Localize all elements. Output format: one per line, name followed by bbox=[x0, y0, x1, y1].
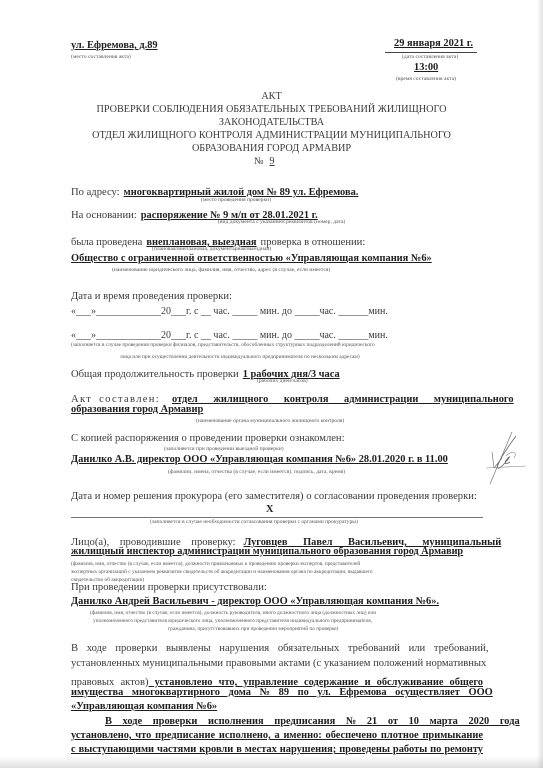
document-page: ул. Ефремова, д.89 (место составления ак… bbox=[0, 0, 543, 768]
findings-line-7: установлено, что предписание исполнено, … bbox=[71, 730, 483, 741]
doc-title-line3: ЗАКОНОДАТЕЛЬСТВА bbox=[0, 117, 543, 128]
doc-title-line4: ОТДЕЛ ЖИЛИЩНОГО КОНТРОЛЯ АДМИНИСТРАЦИИ М… bbox=[0, 130, 543, 141]
duration-caption: (рабочих дней/часов) bbox=[257, 378, 308, 384]
findings-line-5: «Управляющая компания №6» bbox=[71, 701, 217, 712]
compiled-by-value-2: образования город Армавир bbox=[71, 404, 203, 415]
present-caption-3: гражданина, присутствовавших при проведе… bbox=[168, 626, 338, 632]
subject-value: Общество с ограниченной ответственностью… bbox=[71, 253, 432, 264]
present-caption-2: уполномоченного представителя юридическо… bbox=[93, 618, 372, 624]
compiled-by-caption: (наименование органа муниципального жили… bbox=[196, 418, 344, 424]
findings-line-1: В ходе проверки выявлены нарушения обяза… bbox=[71, 643, 483, 654]
acquainted-caption: (заполняется при проведении выездной про… bbox=[164, 446, 284, 452]
act-time-caption: (время составления акта) bbox=[396, 76, 456, 82]
act-date: 29 января 2021 г. bbox=[394, 38, 473, 49]
signature-icon bbox=[482, 428, 532, 488]
datetime-row-1: «___»_____________20___г. с __ час. ____… bbox=[71, 306, 388, 317]
findings-line-8: с выступающими частями кровли в местах н… bbox=[71, 744, 483, 755]
present-caption-1: (фамилия, имя, отчество (в случае, если … bbox=[90, 610, 376, 616]
acquainted-value-caption: (фамилии, имена, отчества (в случае, есл… bbox=[168, 469, 345, 475]
inspectors-caption-1: (фамилия, имя, отчество (в случае, если … bbox=[71, 561, 360, 567]
compiled-by-value: отдел жилищного контроля администрации м… bbox=[172, 394, 514, 405]
address-caption: (место проведения проверки) bbox=[201, 197, 271, 203]
act-time: 13:00 bbox=[414, 62, 438, 73]
present-label: При проведении проверки присутствовали: bbox=[71, 582, 267, 593]
acquainted-value: Данилко А.В. директор ООО «Управляющая к… bbox=[71, 454, 448, 465]
findings-line-6: В ходе проверки исполнения предписания №… bbox=[105, 716, 483, 727]
datetime-caption-1: (заполняется в случае проведения проверк… bbox=[71, 342, 375, 348]
inspectors-caption-2: экспертных организаций с указанием рекви… bbox=[71, 569, 373, 575]
findings-line-4: имущества многоквартирного дома № 89 по … bbox=[71, 687, 483, 698]
subject-caption: (наименование юридического лица, фамилия… bbox=[112, 267, 330, 273]
findings-line-2: установленных муниципальными правовыми а… bbox=[71, 658, 486, 669]
act-place: ул. Ефремова, д.89 bbox=[71, 40, 158, 51]
doc-title-line5: ОБРАЗОВАНИЯ ГОРОД АРМАВИР bbox=[0, 143, 543, 154]
act-date-caption: (дата составления акта) bbox=[402, 54, 458, 60]
acquainted-label: С копией распоряжения о проведении прове… bbox=[71, 433, 345, 444]
doc-title-line2: ПРОВЕРКИ СОБЛЮДЕНИЯ ОБЯЗАТЕЛЬНЫХ ТРЕБОВА… bbox=[0, 104, 543, 115]
inspectors-value-2: жилищный инспектор администрации муницип… bbox=[71, 546, 463, 557]
present-value: Данилко Андрей Васильевич - директор ООО… bbox=[71, 596, 439, 607]
datetime-caption-2: лица или при осуществлении деятельности … bbox=[120, 354, 360, 360]
doc-title: АКТ bbox=[0, 91, 543, 102]
scan-shadow-bottom bbox=[0, 756, 543, 768]
prosecutor-caption: (заполняется в случае необходимости согл… bbox=[150, 519, 358, 525]
basis-caption: (вид документа с указанием реквизитов (н… bbox=[218, 219, 345, 225]
prosecutor-value: X bbox=[266, 504, 274, 515]
doc-number: №9 bbox=[254, 156, 281, 167]
act-place-caption: (место составления акта) bbox=[71, 54, 131, 60]
scan-shadow-right bbox=[537, 0, 543, 768]
datetime-label: Дата и время проведения проверки: bbox=[71, 291, 232, 302]
doc-number-value: 9 bbox=[264, 156, 281, 167]
prosecutor-label: Дата и номер решения прокурора (его заме… bbox=[71, 491, 477, 502]
datetime-row-2: «___»_____________20___г. с __ час. ____… bbox=[71, 330, 388, 341]
inspection-type-caption: (плановая/внеплановая, документарная/вые… bbox=[152, 246, 271, 252]
